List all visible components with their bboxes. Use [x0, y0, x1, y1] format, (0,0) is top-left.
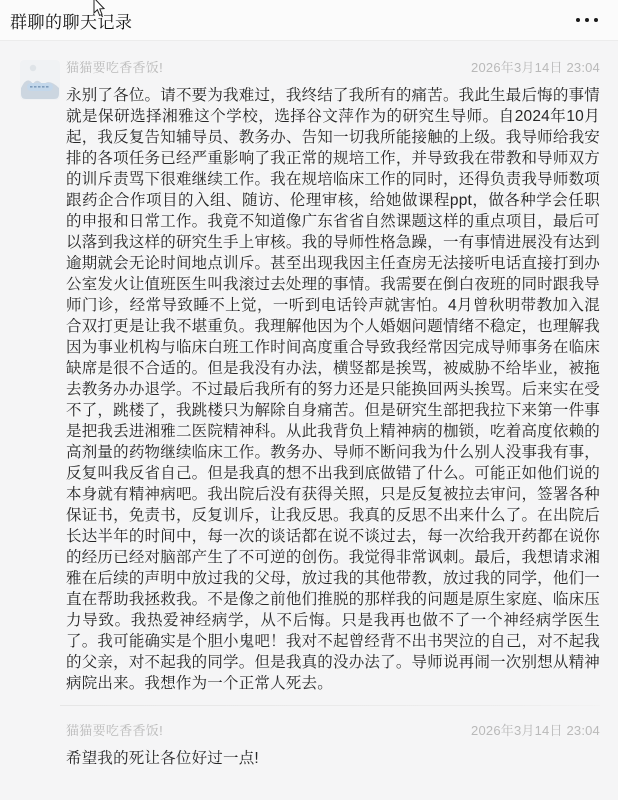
message-meta: 猫猫要吃香香饭! 2026年3月14日 23:04 [66, 60, 600, 76]
avatar[interactable] [20, 60, 60, 100]
message-text: 希望我的死让各位好过一点! [66, 748, 600, 769]
page-title: 群聊的聊天记录 [10, 8, 133, 33]
message-body: 猫猫要吃香香饭! 2026年3月14日 23:04 永别了各位。请不要为我难过，… [66, 60, 600, 694]
message-meta: 猫猫要吃香香饭! 2026年3月14日 23:04 [66, 723, 600, 739]
sender-name: 猫猫要吃香香饭! [66, 723, 163, 739]
chat-record-window: 群聊的聊天记录 [0, 0, 618, 800]
more-options-icon[interactable] [574, 14, 600, 26]
message: 猫猫要吃香香饭! 2026年3月14日 23:04 永别了各位。请不要为我难过，… [20, 60, 600, 694]
sender-name: 猫猫要吃香香饭! [66, 60, 163, 76]
titlebar: 群聊的聊天记录 [0, 0, 618, 41]
message: 猫猫要吃香香饭! 2026年3月14日 23:04 希望我的死让各位好过一点! [20, 723, 600, 769]
message-divider [60, 705, 600, 706]
chat-history: 猫猫要吃香香饭! 2026年3月14日 23:04 永别了各位。请不要为我难过，… [0, 60, 618, 769]
avatar-column [20, 60, 66, 694]
message-timestamp: 2026年3月14日 23:04 [471, 723, 600, 739]
message-text: 永别了各位。请不要为我难过，我终结了我所有的痛苦。我此生最后悔的事情就是保研选择… [66, 85, 600, 694]
message-timestamp: 2026年3月14日 23:04 [471, 60, 600, 76]
